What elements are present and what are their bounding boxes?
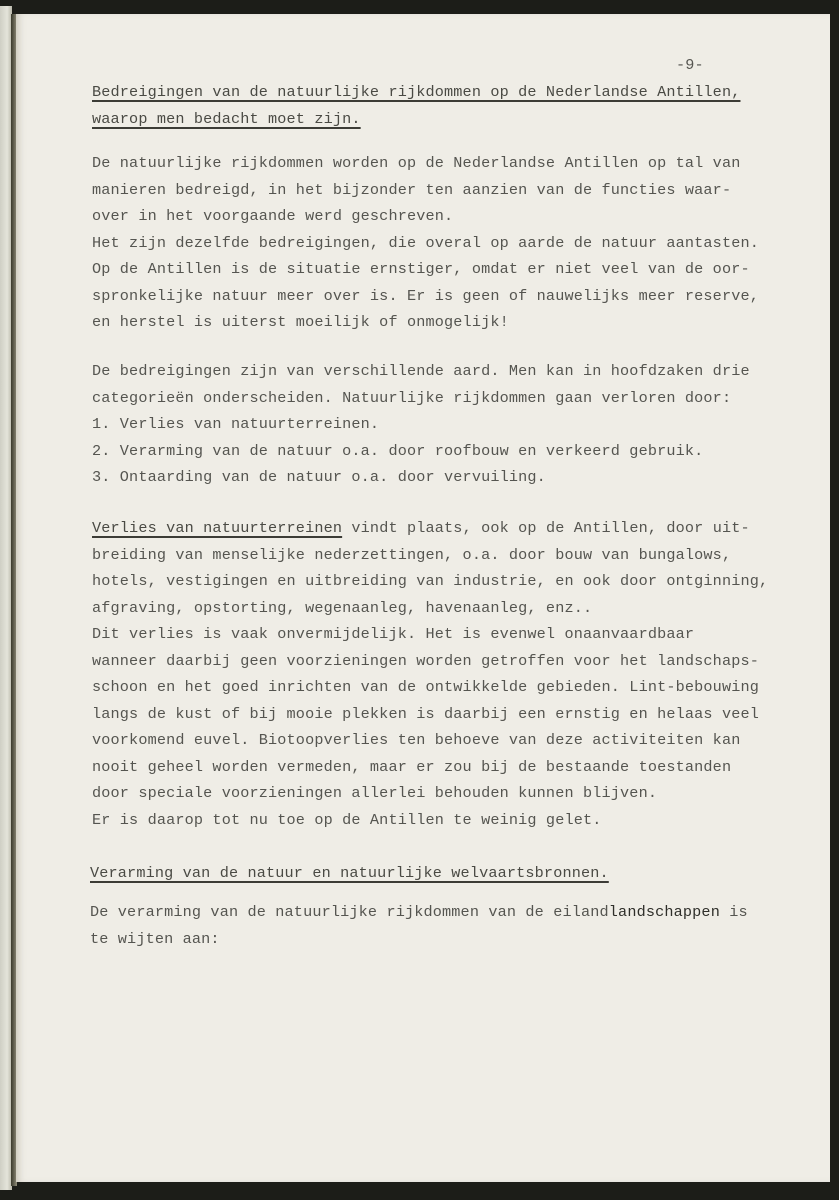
text-line: categorieën onderscheiden. Natuurlijke r… [92, 385, 731, 412]
text-line: over in het voorgaande werd geschreven. [92, 203, 453, 230]
text-fragment: vindt plaats, ook op de Antillen, door u… [342, 519, 750, 537]
list-item: 3. Ontaarding van de natuur o.a. door ve… [92, 464, 546, 491]
text-line: Er is daarop tot nu toe op de Antillen t… [92, 807, 602, 834]
text-line: Op de Antillen is de situatie ernstiger,… [92, 256, 750, 283]
text-line: Het zijn dezelfde bedreigingen, die over… [92, 230, 759, 257]
text-line: Verlies van natuurterreinen vindt plaats… [92, 515, 750, 542]
text-line: wanneer daarbij geen voorzieningen worde… [92, 648, 759, 675]
title-line-1: Bedreigingen van de natuurlijke rijkdomm… [92, 79, 740, 106]
text-line: spronkelijke natuur meer over is. Er is … [92, 283, 759, 310]
text-line: De verarming van de natuurlijke rijkdomm… [90, 899, 748, 926]
text-line: en herstel is uiterst moeilijk of onmoge… [92, 309, 509, 336]
text-line: De natuurlijke rijkdommen worden op de N… [92, 150, 740, 177]
text-line: manieren bedreigd, in het bijzonder ten … [92, 177, 731, 204]
text-line: schoon en het goed inrichten van de ontw… [92, 674, 759, 701]
text-line: breiding van menselijke nederzettingen, … [92, 542, 731, 569]
text-line: afgraving, opstorting, wegenaanleg, have… [92, 595, 592, 622]
section-heading-verarming: Verarming van de natuur en natuurlijke w… [90, 860, 609, 887]
text-line: nooit geheel worden vermeden, maar er zo… [92, 754, 731, 781]
list-item: 1. Verlies van natuurterreinen. [92, 411, 379, 438]
scanned-document: -9- Bedreigingen van de natuurlijke rijk… [0, 0, 839, 1200]
text-line: langs de kust of bij mooie plekken is da… [92, 701, 759, 728]
text-line: voorkomend euvel. Biotoopverlies ten beh… [92, 727, 740, 754]
list-item: 2. Verarming van de natuur o.a. door roo… [92, 438, 703, 465]
text-fragment-dark: landschappen [609, 903, 720, 921]
text-fragment: is [720, 903, 748, 921]
section-heading-verlies: Verlies van natuurterreinen [92, 519, 342, 537]
page-number: -9- [676, 52, 704, 79]
text-line: hotels, vestigingen en uitbreiding van i… [92, 568, 768, 595]
text-line: Dit verlies is vaak onvermijdelijk. Het … [92, 621, 694, 648]
text-line: door speciale voorzieningen allerlei beh… [92, 780, 657, 807]
text-fragment: De verarming van de natuurlijke rijkdomm… [90, 903, 609, 921]
text-line: De bedreigingen zijn van verschillende a… [92, 358, 750, 385]
text-line: te wijten aan: [90, 926, 220, 953]
title-line-2: waarop men bedacht moet zijn. [92, 106, 361, 133]
